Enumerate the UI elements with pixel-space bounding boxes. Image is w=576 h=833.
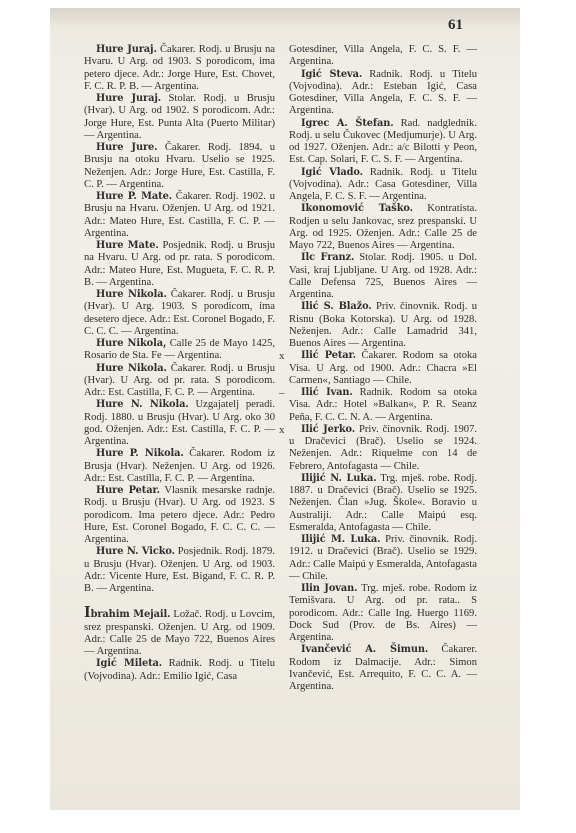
entry-name: Ilić Petar. xyxy=(301,350,356,361)
directory-entry: Ilijić N. Luka. Trg. mješ. robe. Rodj. 1… xyxy=(289,473,477,534)
entry-name: Ilijić N. Luka. xyxy=(301,473,377,484)
entry-name: Ilc Franz. xyxy=(301,252,354,263)
entry-name: Hure Petar. xyxy=(96,485,160,496)
entry-name: Igić Steva. xyxy=(301,69,362,80)
entry-name: Ikonomović Taško. xyxy=(301,203,413,214)
entry-name: Hure Juraj. xyxy=(96,44,157,55)
entry-text: Gotesdiner, Villa Angela, F. C. S. F. — … xyxy=(289,44,477,67)
directory-entry: Hure Petar. Vlasnik mesarske radnje. Rod… xyxy=(84,485,275,546)
directory-entry: Hure Juraj. Čakarer. Rodj. u Brusju na H… xyxy=(84,44,275,93)
directory-entry: Hure Nikola, Calle 25 de Mayo 1425, Rosa… xyxy=(84,338,275,363)
entry-name: Hure Nikola. xyxy=(96,363,167,374)
left-column: Hure Juraj. Čakarer. Rodj. u Brusju na H… xyxy=(84,44,275,683)
directory-entry: Ilc Franz. Stolar. Rodj. 1905. u Dol. Va… xyxy=(289,252,477,301)
directory-entry: Hure P. Mate. Čakarer. Rodj. 1902. u Bru… xyxy=(84,191,275,240)
entry-name: Hure P. Mate. xyxy=(96,191,172,202)
directory-entry: Ilijić M. Luka. Priv. činovnik. Rodj. 19… xyxy=(289,534,477,583)
entry-name: brahim Mejail. xyxy=(91,609,171,620)
directory-entry: Hure N. Nikola. Uzgajatelj peradi. Rodj.… xyxy=(84,399,275,448)
directory-entry: Ilić Petar. Čakarer. Rodom sa otoka Visa… xyxy=(289,350,477,387)
entry-name: Hure N. Vicko. xyxy=(96,546,175,557)
directory-entry: Hure N. Vicko. Posjednik. Rodj. 1879. u … xyxy=(84,546,275,595)
entry-name: Hure P. Nikola. xyxy=(96,448,184,459)
right-column: Gotesdiner, Villa Angela, F. C. S. F. — … xyxy=(289,44,477,693)
entry-name: Igić Mileta. xyxy=(96,658,162,669)
margin-mark-icon: x xyxy=(279,350,285,362)
directory-entry: Igrec A. Štefan. Rad. nadglednik. Rodj. … xyxy=(289,118,477,167)
page-number: 61 xyxy=(448,17,463,34)
directory-entry: Hure P. Nikola. Čakarer. Rodom iz Brusja… xyxy=(84,448,275,485)
entry-name: Hure Jure. xyxy=(96,142,157,153)
directory-entry: Ilić S. Blažo. Priv. činovnik. Rodj. u R… xyxy=(289,301,477,350)
entry-name: Ivančević A. Šimun. xyxy=(301,644,428,655)
directory-entry: Ilin Jovan. Trg. mješ. robe. Rodom iz Te… xyxy=(289,583,477,644)
entry-name: Hure N. Nikola. xyxy=(96,399,189,410)
margin-mark-icon: x xyxy=(279,424,285,436)
directory-entry: Ilić Jerko. Priv. činovnik. Rodj. 1907. … xyxy=(289,424,477,473)
entry-name: Ilin Jovan. xyxy=(301,583,357,594)
entry-name: Igić Vlado. xyxy=(301,167,363,178)
directory-entry: Hure Jure. Čakarer. Rodj. 1894. u Brusju… xyxy=(84,142,275,191)
directory-entry: Igić Vlado. Radnik. Rodj. u Titelu (Vojv… xyxy=(289,167,477,204)
entry-name: Ilić S. Blažo. xyxy=(301,301,372,312)
entry-name: Ilić Ivan. xyxy=(301,387,353,398)
drop-cap: I xyxy=(84,602,91,621)
margin-mark-icon: – xyxy=(279,387,285,399)
directory-entry: Igić Mileta. Radnik. Rodj. u Titelu (Voj… xyxy=(84,658,275,683)
directory-entry: Hure Nikola. Čakarer. Rodj. u Brusju (Hv… xyxy=(84,363,275,400)
directory-entry: Gotesdiner, Villa Angela, F. C. S. F. — … xyxy=(289,44,477,69)
directory-entry: Hure Juraj. Stolar. Rodj. u Brusju (Hvar… xyxy=(84,93,275,142)
entry-name: Ilijić M. Luka. xyxy=(301,534,380,545)
entry-name: Igrec A. Štefan. xyxy=(301,118,394,129)
directory-entry: Ikonomović Taško. Kontratista. Rodjen u … xyxy=(289,203,477,252)
directory-entry: Ibrahim Mejail. Ložač. Rodj. u Lovcim, s… xyxy=(84,607,275,658)
entry-name: Hure Juraj. xyxy=(96,93,161,104)
directory-entry: Igić Steva. Radnik. Rodj. u Titelu (Vojv… xyxy=(289,69,477,118)
entry-name: Hure Nikola. xyxy=(96,289,167,300)
directory-entry: Ilić Ivan. Radnik. Rodom sa otoka Visa. … xyxy=(289,387,477,424)
entry-name: Hure Mate. xyxy=(96,240,159,251)
directory-entry: Ivančević A. Šimun. Čakarer. Rodom iz Da… xyxy=(289,644,477,693)
entry-name: Hure Nikola, xyxy=(96,338,166,349)
directory-entry: Hure Mate. Posjednik. Rodj. u Brusju na … xyxy=(84,240,275,289)
directory-entry: Hure Nikola. Čakarer. Rodj. u Brusju (Hv… xyxy=(84,289,275,338)
entry-name: Ilić Jerko. xyxy=(301,424,355,435)
